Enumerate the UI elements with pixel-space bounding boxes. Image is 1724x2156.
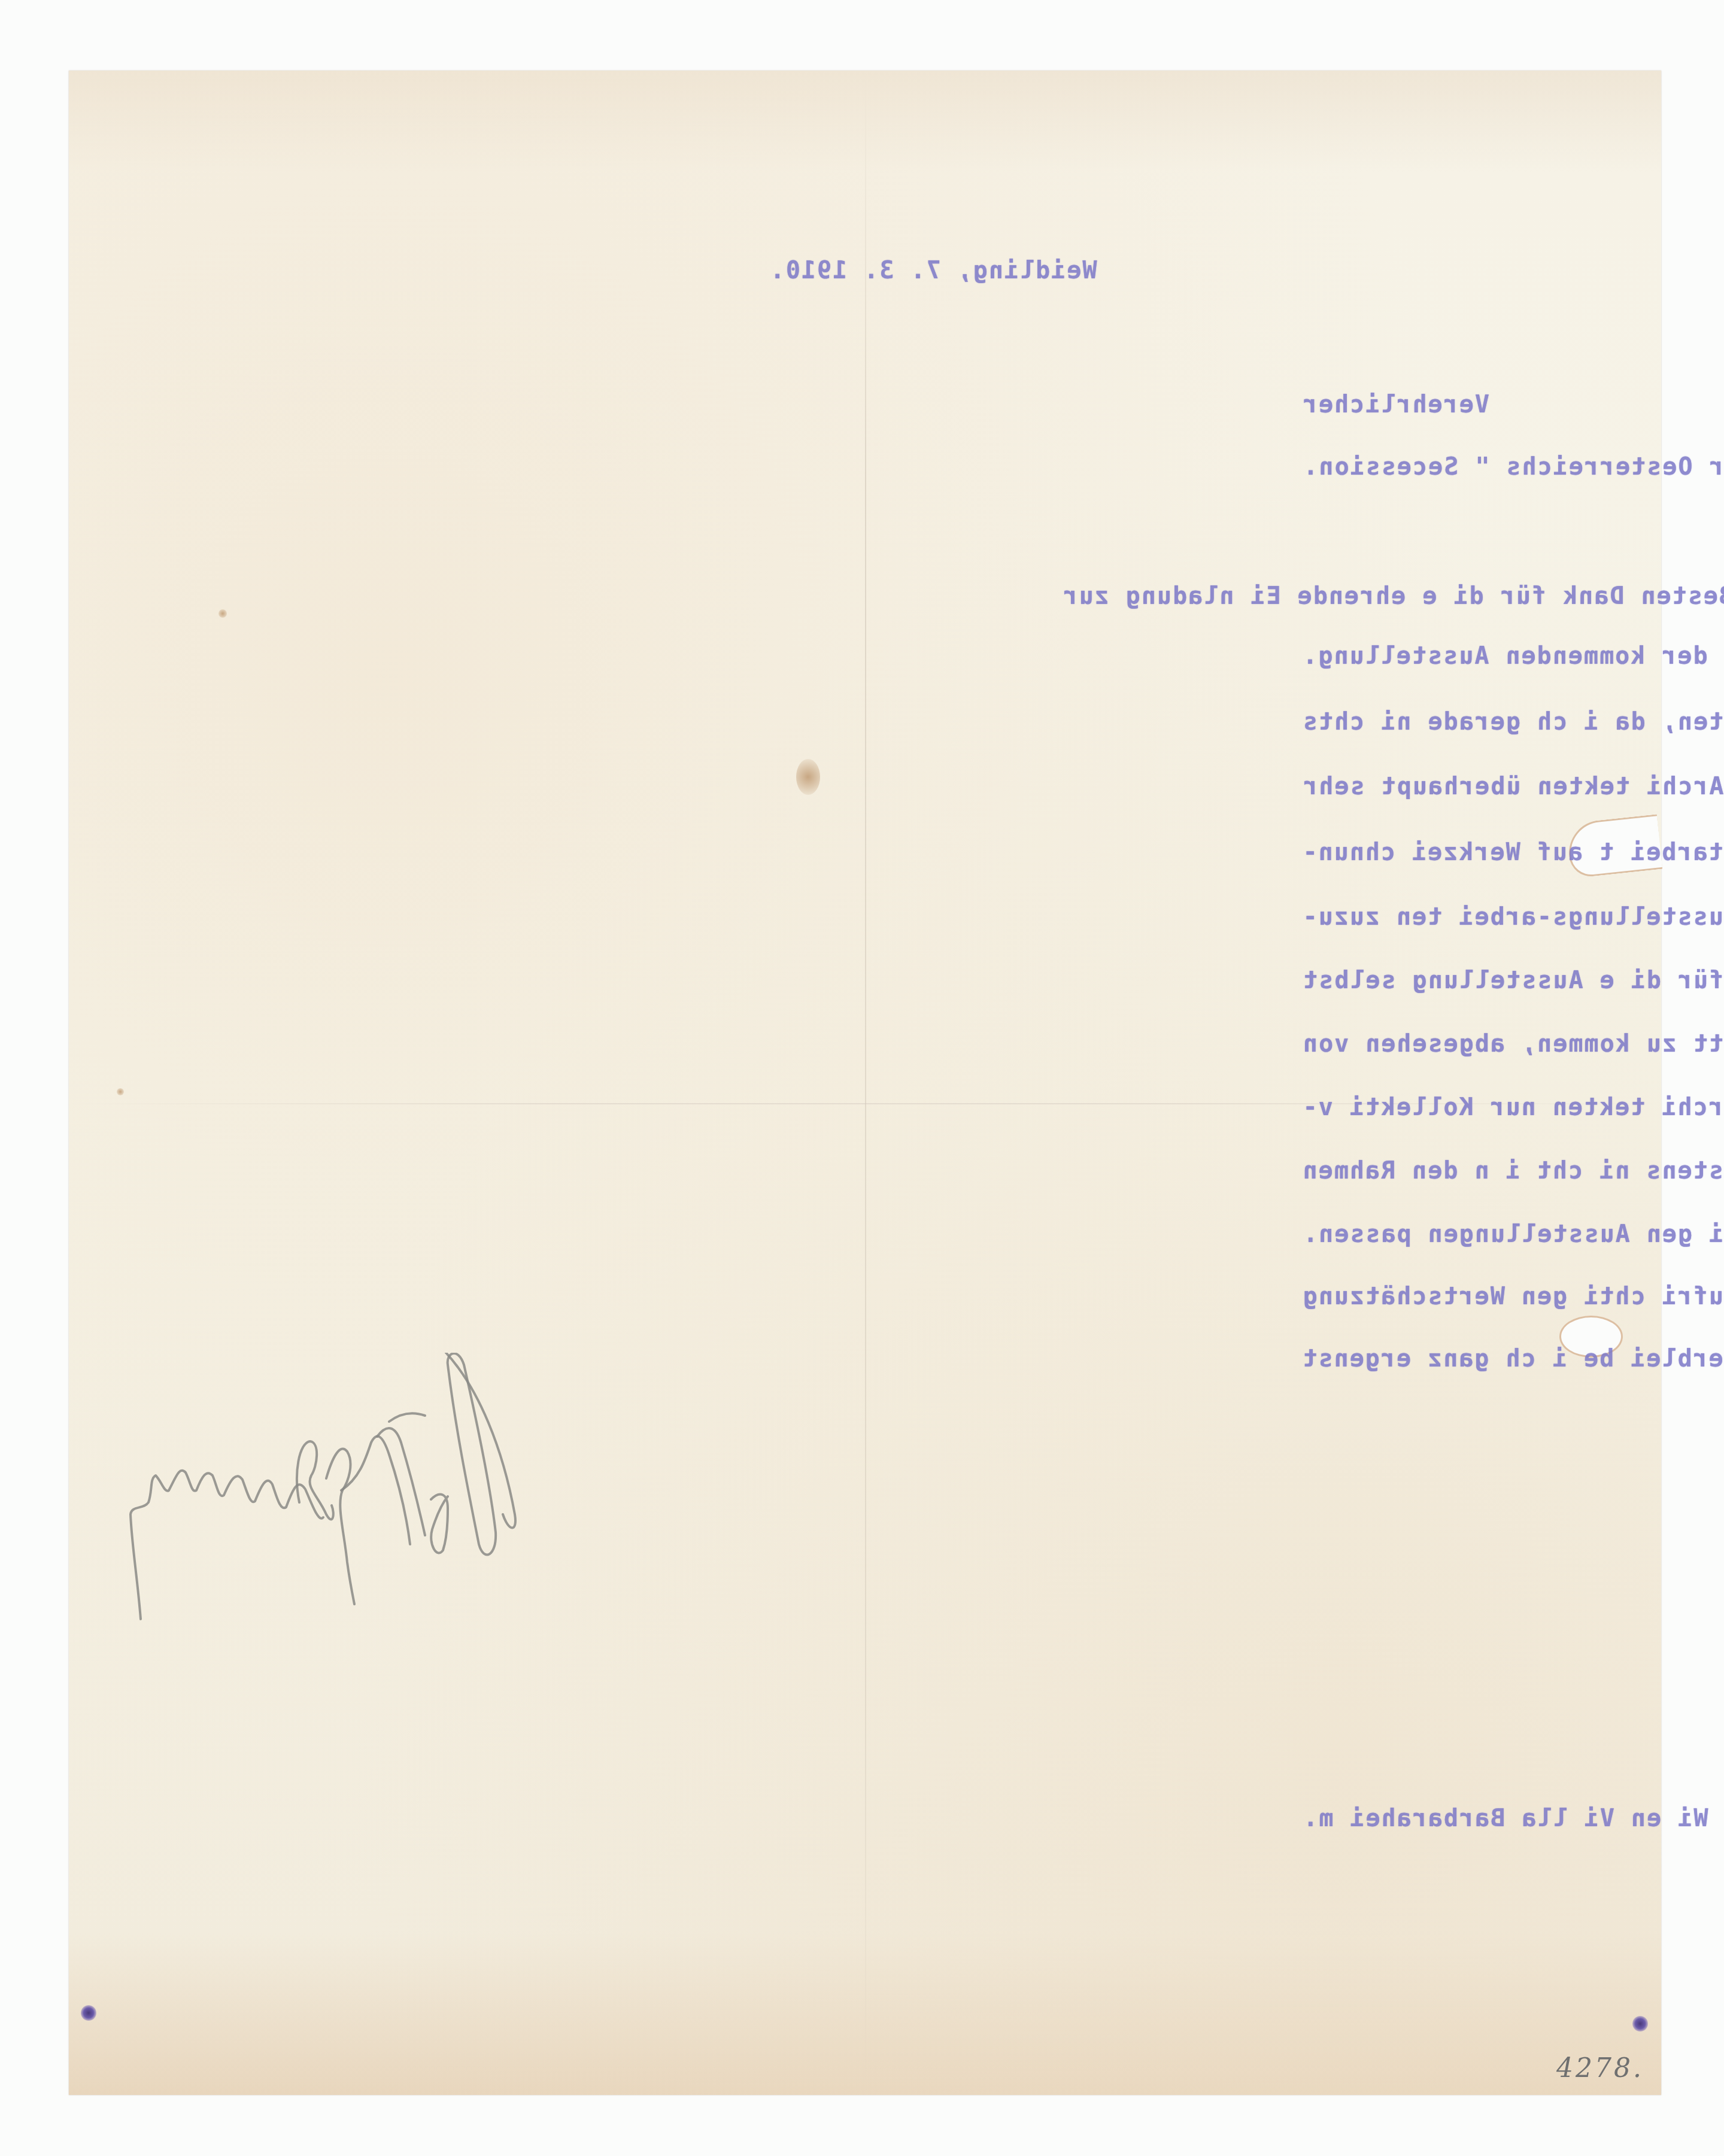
body-line: Genehmi gen Si e noch den Ausdruck mei n… <box>1302 1285 1724 1308</box>
addressee: Ausschuss der Vereinigung bild. Künstler… <box>1302 455 1724 479</box>
foxing-stain <box>796 759 820 795</box>
body-line: Betei ligung and der kommenden Ausstellu… <box>1302 644 1724 668</box>
body-line: Interesse, mi t ei n oder zwei Blatt zu … <box>1302 1032 1724 1056</box>
foxing-stain <box>218 609 227 618</box>
letter-paper <box>69 71 1661 2095</box>
body-line: Brauchbares besi tze. Es i st für uns Ar… <box>1302 775 1724 798</box>
body-line: und verblei be i ch ganz ergenst <box>1302 1347 1724 1371</box>
ink-blot <box>1632 2016 1648 2032</box>
archive-number: 4278. <box>1556 2053 1644 2084</box>
body-line: Besten Dank für di e ehrende Ei nladung … <box>1063 584 1724 608</box>
date-line: Weidling, 7. 3. 1910. <box>769 259 1097 283</box>
body-line: wenden. Dazu hat es weni g Wert und für … <box>1302 968 1724 992</box>
handwritten-signature <box>120 1353 838 1640</box>
body-line: ausstellungen i n Betracht, di e aber me… <box>1302 1159 1724 1183</box>
body-line: der jewei li gen Ausstellungen passen. <box>1302 1222 1724 1246</box>
body-line: Möbelausstellungen, es kommen daher für … <box>1302 1095 1724 1119</box>
body-line: gen sammelt und kaum Zei t blei bt si ch… <box>1302 905 1724 929</box>
ink-blot <box>81 2005 96 2021</box>
foxing-stain <box>117 1088 124 1095</box>
salutation: Verehrlicher <box>1302 393 1489 417</box>
body-line: schwer auszustellen, da si ch unsere Hau… <box>1302 840 1724 864</box>
letterhead-footer: Archi tekt M. Kammerer Wei dli ng bei Wi… <box>1302 1806 1724 1830</box>
paper-fold-vertical <box>865 71 866 2095</box>
body-line: Lei der kann i ch derselben ni cht Folge… <box>1302 710 1724 734</box>
